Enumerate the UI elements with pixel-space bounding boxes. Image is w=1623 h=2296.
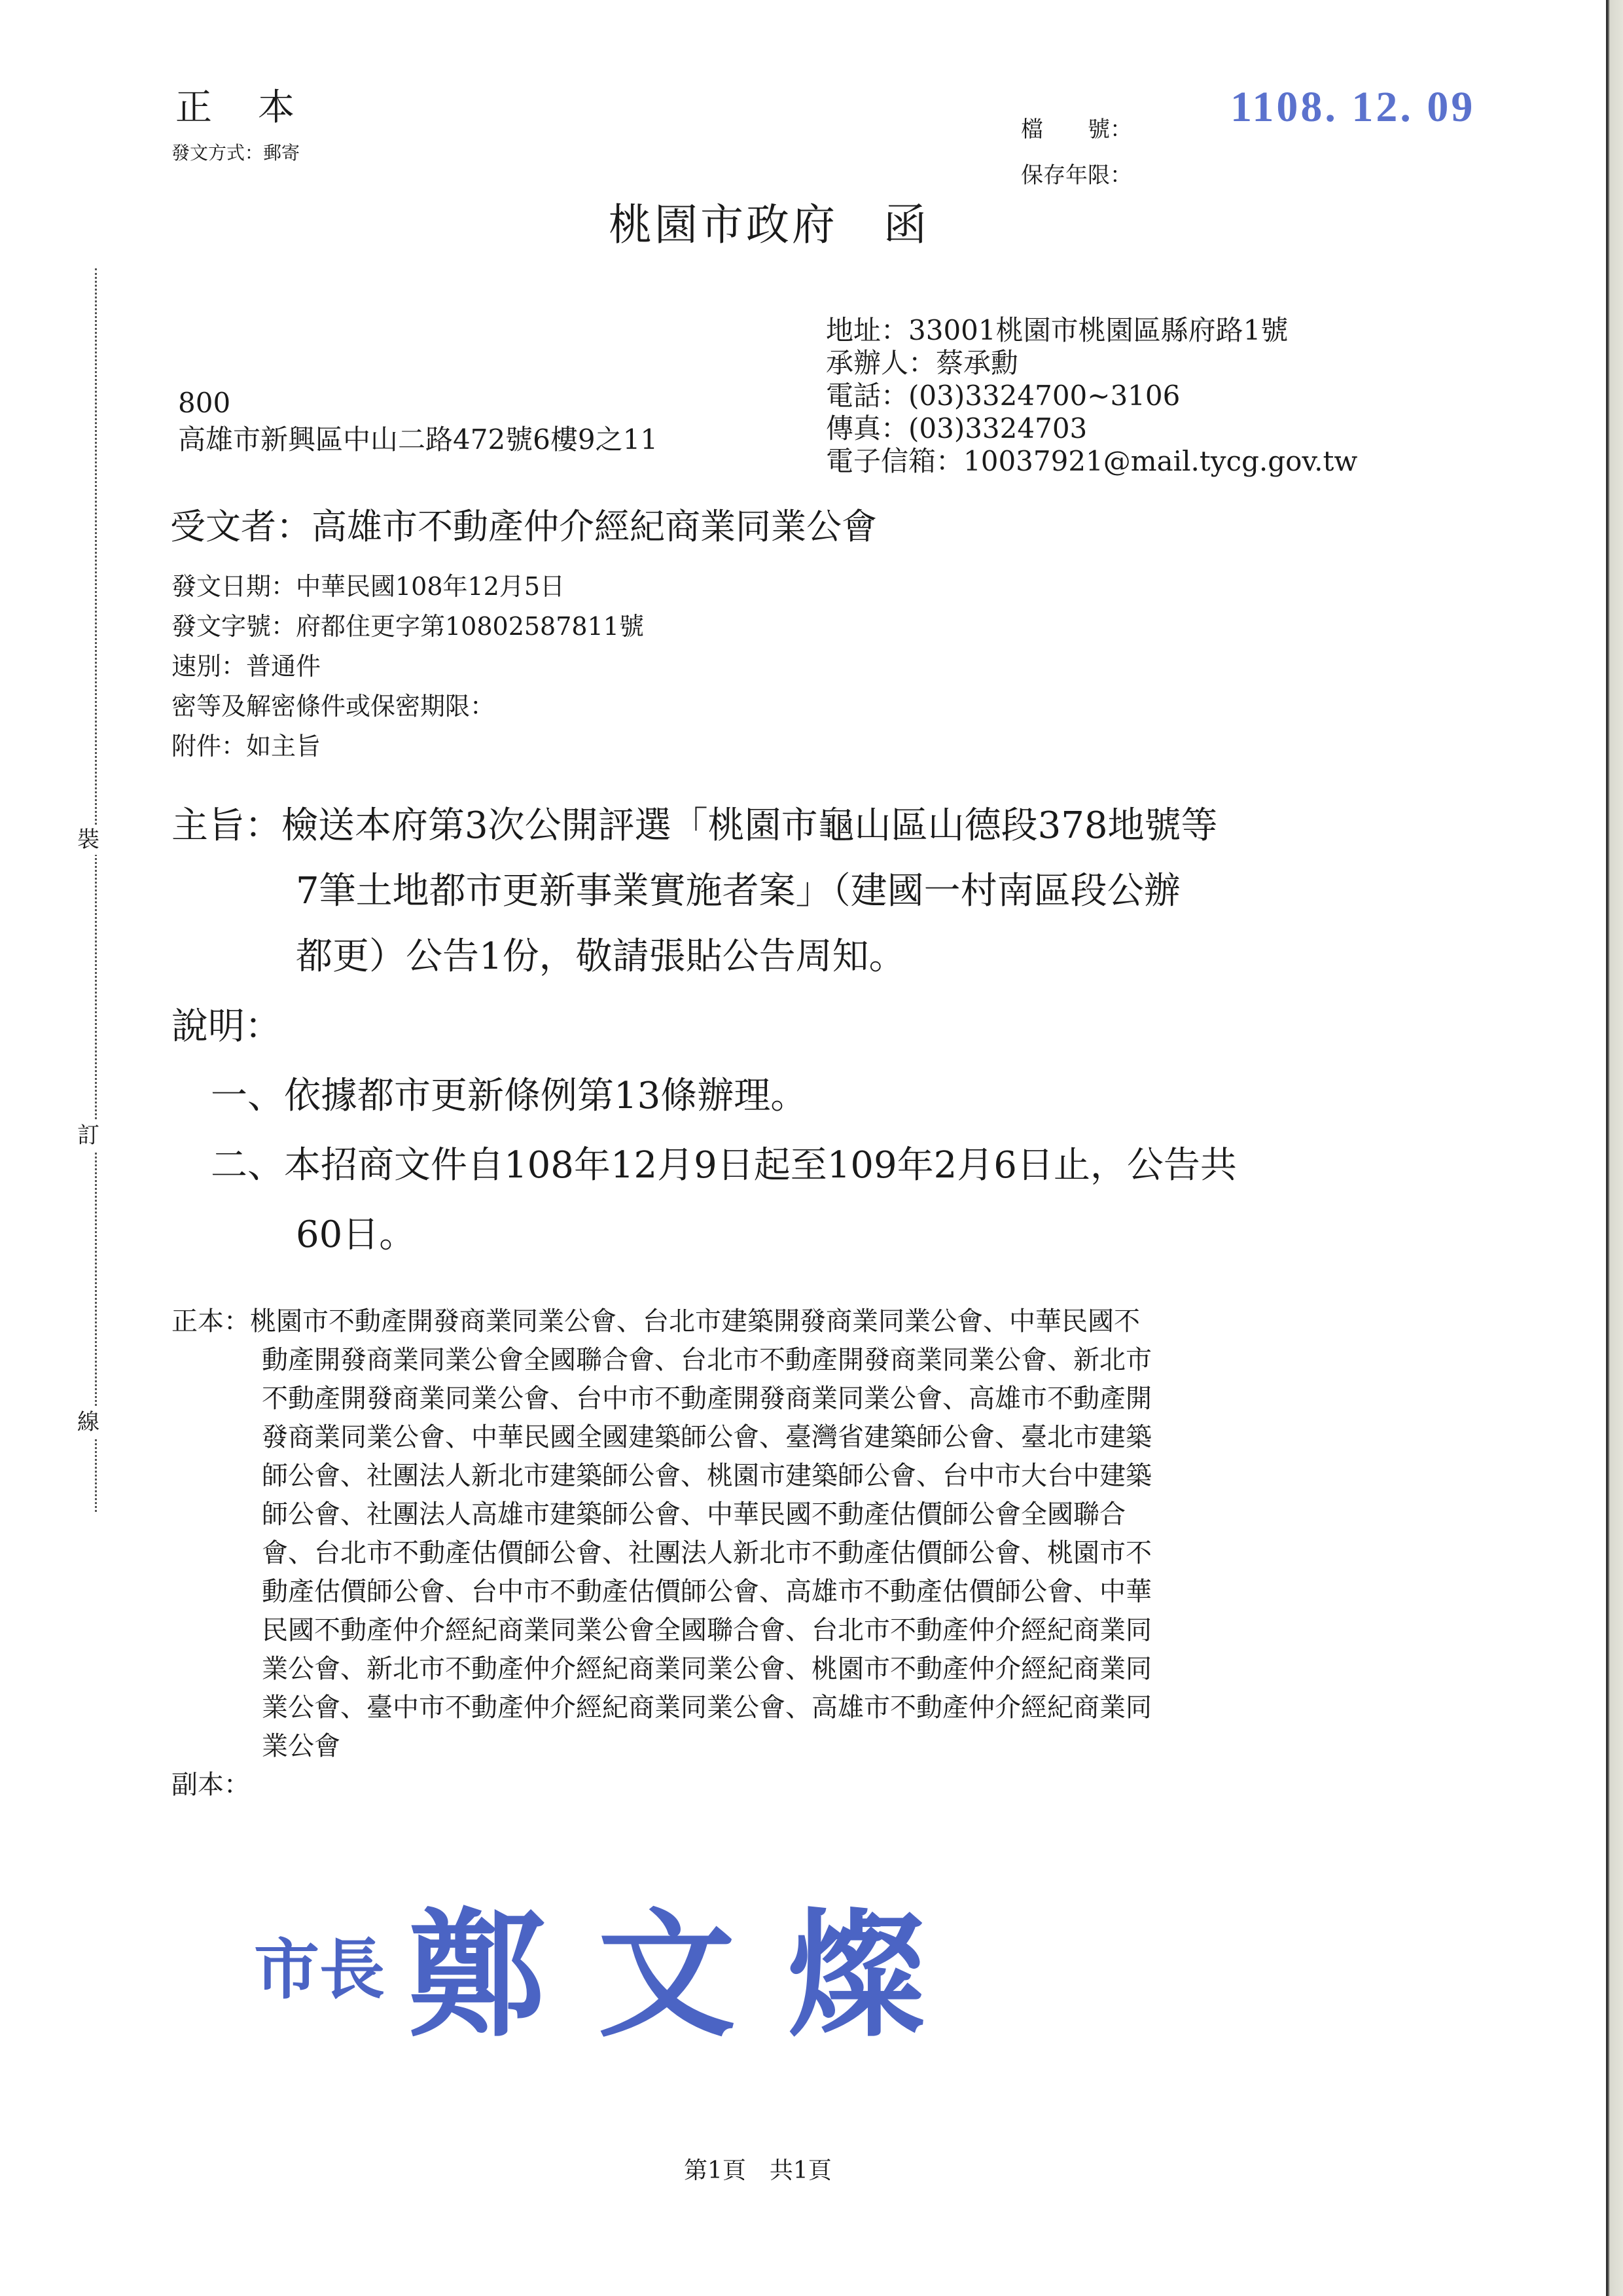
sender-contact-block: 地址：33001桃園市桃園區縣府路1號 承辦人：蔡承勳 電話：(03)33247… (826, 314, 1357, 478)
explanation-item: 二、本招商文件自108年12月9日起至109年2月6日止，公告共 (171, 1131, 1237, 1200)
signature-name: 鄭文燦 (408, 1894, 978, 2056)
recipient-address-block: 800 高雄市新興區中山二路472號6樓9之11 (178, 385, 658, 458)
page-number: 第1頁 共1頁 (684, 2152, 832, 2185)
distribution-block: 正本：桃園市不動產開發商業同業公會、台北市建築開發商業同業公會、中華民國不 動產… (171, 1302, 1152, 1804)
signature-title: 市長 (254, 1931, 385, 2008)
explanation-item: 一、依據都市更新條例第13條辦理。 (171, 1062, 1237, 1131)
subject-block: 主旨：檢送本府第3次公開評選「桃園市龜山區山德段378地號等 7筆土地都市更新事… (171, 793, 1428, 990)
distribution-line: 動產估價師公會、台中市不動產估價師公會、高雄市不動產估價師公會、中華 (171, 1573, 1152, 1611)
attachment: 附件：如主旨 (171, 726, 644, 766)
distribution-line: 會、台北市不動產估價師公會、社團法人新北市不動產估價師公會、桃園市不 (171, 1534, 1152, 1573)
send-method: 發文方式：郵寄 (171, 139, 300, 165)
subject-line: 主旨：檢送本府第3次公開評選「桃園市龜山區山德段378地號等 (171, 793, 1428, 859)
mayor-signature-stamp: 市長 鄭文燦 (254, 1865, 978, 2063)
binding-mark-zhuang: 裝 (77, 825, 99, 855)
priority: 速別：普通件 (171, 647, 644, 687)
distribution-line: 動產開發商業同業公會全國聯合會、台北市不動產開發商業同業公會、新北市 (171, 1341, 1152, 1380)
distribution-line: 不動產開發商業同業公會、台中市不動產開發商業同業公會、高雄市不動產開 (171, 1380, 1152, 1418)
distribution-line: 業公會 (171, 1727, 1152, 1766)
distribution-line: 業公會、新北市不動產仲介經紀商業同業公會、桃園市不動產仲介經紀商業同 (171, 1650, 1152, 1689)
subject-line: 都更）公告1份，敬請張貼公告周知。 (171, 924, 1428, 990)
retention-period-label: 保存年限： (1021, 157, 1132, 189)
binding-mark-xian: 線 (77, 1407, 99, 1437)
phone-number: 電話：(03)3324700~3106 (826, 380, 1357, 412)
distribution-line: 師公會、社團法人高雄市建築師公會、中華民國不動產估價師公會全國聯合 (171, 1496, 1152, 1534)
confidentiality: 密等及解密條件或保密期限： (171, 687, 644, 726)
explanation-item-continued: 60日。 (171, 1200, 1237, 1270)
postal-code: 800 (178, 385, 658, 422)
file-number-label: 檔 號： (1021, 111, 1132, 143)
explanation-heading: 說明： (171, 992, 1237, 1062)
distribution-line: 業公會、臺中市不動產仲介經紀商業同業公會、高雄市不動產仲介經紀商業同 (171, 1689, 1152, 1727)
binding-dotted-line (95, 268, 97, 1512)
email-address: 電子信箱：10037921@mail.tycg.gov.tw (826, 445, 1357, 478)
distribution-line: 民國不動產仲介經紀商業同業公會全國聯合會、台北市不動產仲介經紀商業同 (171, 1611, 1152, 1650)
fax-number: 傳真：(03)3324703 (826, 412, 1357, 445)
document-title: 桃園市政府 函 (609, 190, 929, 252)
scan-edge-shadow (1606, 0, 1623, 2296)
distribution-line: 發商業同業公會、中華民國全國建築師公會、臺灣省建築師公會、臺北市建築 (171, 1418, 1152, 1457)
distribution-line: 正本：桃園市不動產開發商業同業公會、台北市建築開發商業同業公會、中華民國不 (171, 1302, 1152, 1341)
document-number: 發文字號：府都住更字第10802587811號 (171, 607, 644, 647)
receiver-line: 受文者：高雄市不動產仲介經紀商業同業公會 (170, 499, 877, 549)
sender-address: 地址：33001桃園市桃園區縣府路1號 (826, 314, 1357, 347)
subject-line: 7筆土地都市更新事業實施者案」（建國一村南區段公辦 (171, 859, 1428, 924)
copy-type-label: 正本 (175, 79, 340, 131)
explanation-block: 說明： 一、依據都市更新條例第13條辦理。 二、本招商文件自108年12月9日起… (171, 992, 1237, 1270)
recipient-street-address: 高雄市新興區中山二路472號6樓9之11 (178, 422, 658, 458)
handler-name: 承辦人：蔡承勳 (826, 347, 1357, 380)
document-meta-block: 發文日期：中華民國108年12月5日 發文字號：府都住更字第1080258781… (171, 567, 644, 766)
issue-date: 發文日期：中華民國108年12月5日 (171, 567, 644, 607)
binding-mark-ding: 訂 (77, 1121, 99, 1151)
distribution-line: 師公會、社團法人新北市建築師公會、桃園市建築師公會、台中市大台中建築 (171, 1457, 1152, 1496)
received-date-stamp: 1108. 12. 09 (1230, 82, 1475, 132)
copy-recipients-label: 副本： (171, 1766, 1152, 1804)
